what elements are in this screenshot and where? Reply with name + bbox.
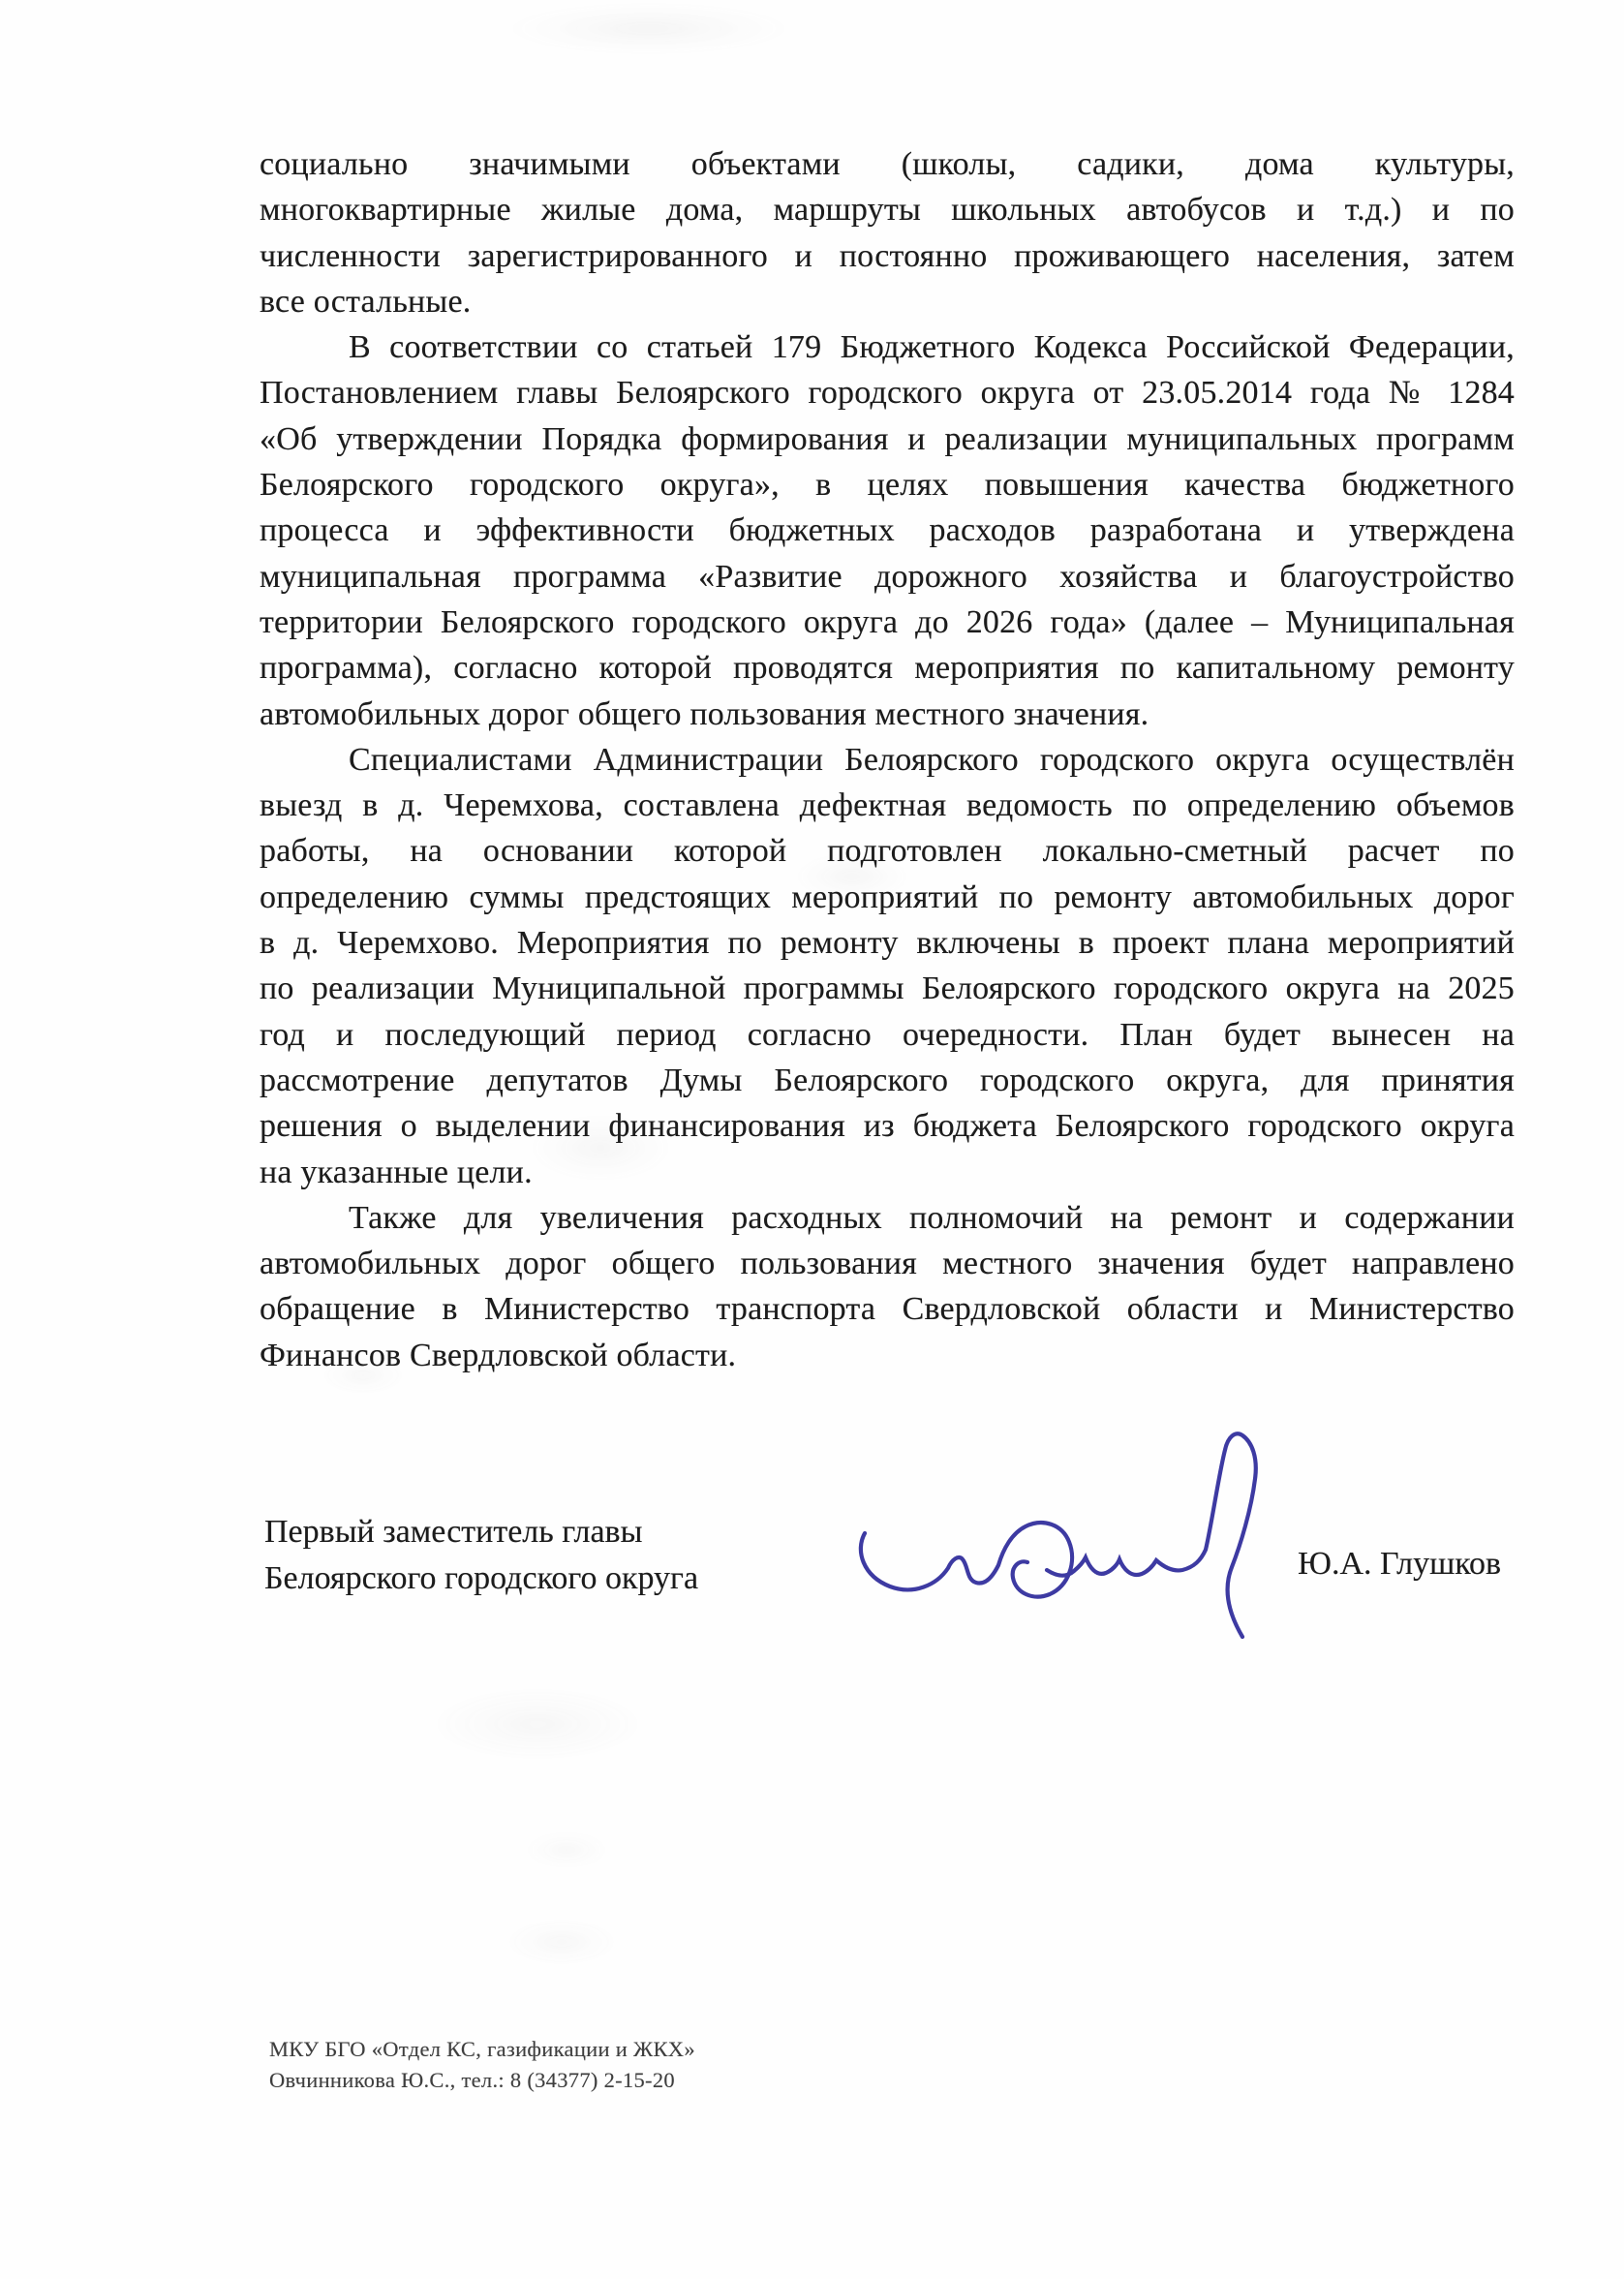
text-line: численности зарегистрированного и постоя… [260,233,1515,279]
text-line: обращение в Министерство транспорта Свер… [260,1286,1515,1332]
text-line: выезд в д. Черемхова, составлена дефектн… [260,783,1515,828]
handwritten-signature [857,1429,1273,1661]
paragraph-1: социально значимыми объектами (школы, са… [260,141,1515,324]
scan-artifact [504,1918,620,1966]
text-line: Белоярского городского округа», в целях … [260,462,1515,508]
text-line: Постановлением главы Белоярского городск… [260,370,1515,416]
document-body-text: социально значимыми объектами (школы, са… [260,141,1515,1378]
text-line: решения о выделении финансирования из бю… [260,1103,1515,1149]
signer-position-line: Белоярского городского округа [264,1555,698,1602]
text-line: многоквартирные жилые дома, маршруты шко… [260,187,1515,232]
scan-artifact [523,1831,610,1869]
scanned-document-page: социально значимыми объектами (школы, са… [0,0,1624,2279]
text-line: В соответствии со статьей 179 Бюджетного… [260,324,1515,370]
paragraph-4: Также для увеличения расходных полномочи… [260,1195,1515,1378]
signer-position-title: Первый заместитель главы Белоярского гор… [264,1509,698,1602]
text-line: «Об утверждении Порядка формирования и р… [260,416,1515,462]
scan-artifact [426,1685,649,1763]
text-line: социально значимыми объектами (школы, са… [260,141,1515,187]
paragraph-2: В соответствии со статьей 179 Бюджетного… [260,324,1515,737]
footer-organization: МКУ БГО «Отдел КС, газификации и ЖКХ» [269,2034,695,2065]
text-line: по реализации Муниципальной программы Бе… [260,966,1515,1011]
text-line: работы, на основании которой подготовлен… [260,828,1515,874]
signature-stroke [861,1433,1256,1637]
text-line: Финансов Свердловской области. [260,1333,1515,1378]
text-line: процесса и эффективности бюджетных расхо… [260,508,1515,553]
signer-name: Ю.А. Глушков [1298,1546,1501,1583]
signer-position-line: Первый заместитель главы [264,1509,698,1555]
text-line: муниципальная программа «Развитие дорожн… [260,554,1515,600]
paragraph-3: Специалистами Администрации Белоярского … [260,737,1515,1195]
text-line: год и последующий период согласно очеред… [260,1012,1515,1058]
text-line: территории Белоярского городского округа… [260,600,1515,645]
footer-contact: Овчинникова Ю.С., тел.: 8 (34377) 2-15-2… [269,2065,695,2096]
text-line: на указанные цели. [260,1150,1515,1195]
document-footer: МКУ БГО «Отдел КС, газификации и ЖКХ» Ов… [269,2034,695,2096]
text-line: автомобильных дорог общего пользования м… [260,1241,1515,1286]
text-line: Также для увеличения расходных полномочи… [260,1195,1515,1241]
text-line: автомобильных дорог общего пользования м… [260,692,1515,737]
scan-artifact [504,2,794,55]
text-line: определению суммы предстоящих мероприяти… [260,875,1515,920]
text-line: рассмотрение депутатов Думы Белоярского … [260,1058,1515,1103]
text-line: программа), согласно которой проводятся … [260,645,1515,691]
text-line: Специалистами Администрации Белоярского … [260,737,1515,783]
text-line: в д. Черемхово. Мероприятия по ремонту в… [260,920,1515,966]
text-line: все остальные. [260,279,1515,324]
